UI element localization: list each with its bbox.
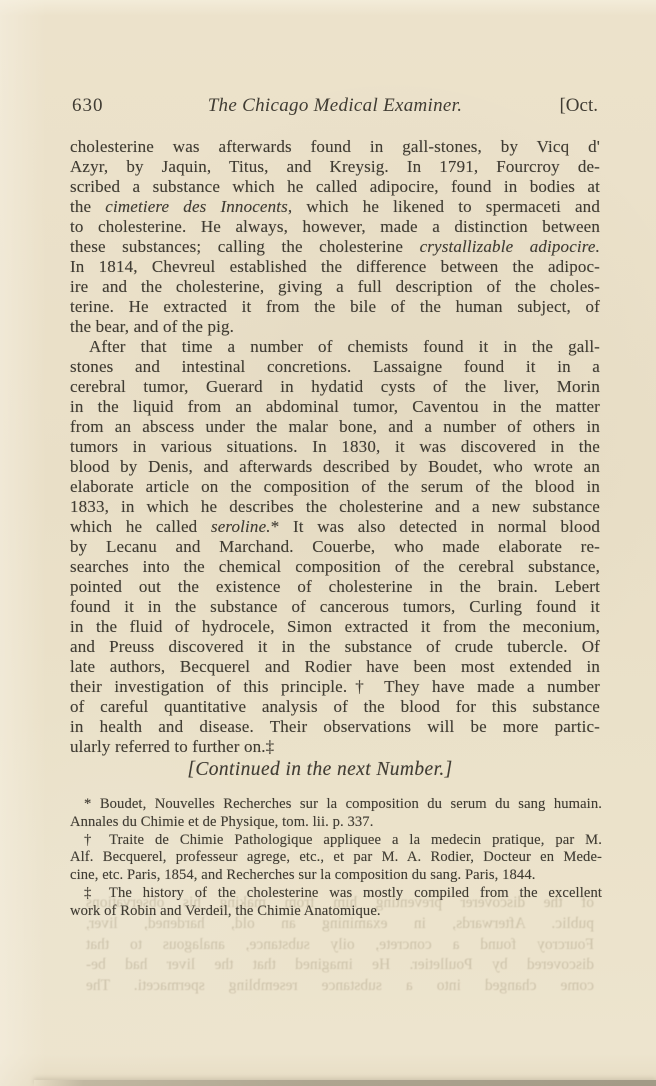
text-line: in the fluid of hydrocele, Simon extract… — [70, 617, 600, 637]
bleedthrough-text: of the discoverer preventing him from ma… — [86, 893, 594, 997]
text-line: Azyr, by Jaquin, Titus, and Kreysig. In … — [70, 157, 600, 177]
text-line: scribed a substance which he called adip… — [70, 177, 600, 197]
text-line: from an abscess under the malar bone, an… — [70, 417, 600, 437]
text-line: cholesterine was afterwards found in gal… — [70, 137, 600, 157]
text-line: terine. He extracted it from the bile of… — [70, 297, 600, 317]
text-line: In 1814, Chevreul established the differ… — [70, 257, 600, 277]
bleedthrough-line: come changed into a substance resembling… — [86, 976, 594, 997]
bleedthrough-line: discovered by Poulletier. He imagined th… — [86, 955, 594, 976]
text-line: late authors, Becquerel and Rodier have … — [70, 657, 600, 677]
text-line: * Boudet, Nouvelles Recherches sur la co… — [70, 796, 602, 814]
text-line: and Preuss discovered it in the substanc… — [70, 637, 600, 657]
text-line: elaborate article on the composition of … — [70, 477, 600, 497]
text-line: in health and disease. Their observation… — [70, 717, 600, 737]
text-line: of careful quantitative analysis of the … — [70, 697, 600, 717]
text-line: to cholesterine. He always, however, mad… — [70, 217, 600, 237]
text-line: tumors in various situations. In 1830, i… — [70, 437, 600, 457]
text-line: Annales du Chimie et de Physique, tom. l… — [70, 814, 602, 832]
text-line: in the liquid from an abdominal tumor, C… — [70, 397, 600, 417]
text-line: 1833, in which he describes the choleste… — [70, 497, 600, 517]
text-line: by Lecanu and Marchand. Couerbe, who mad… — [70, 537, 600, 557]
text-line: ire and the cholesterine, giving a full … — [70, 277, 600, 297]
page-bottom-edge — [34, 1080, 656, 1086]
text-line: cine, etc. Paris, 1854, and Recherches s… — [70, 867, 602, 885]
page-header: 630 The Chicago Medical Examiner. [Oct. — [70, 94, 600, 118]
article-body: cholesterine was afterwards found in gal… — [70, 137, 600, 757]
text-line: the bear, and of the pig. — [70, 317, 600, 337]
bleedthrough-line: Fourcroy found a concrete, oily substanc… — [86, 935, 594, 956]
text-line: Alf. Becquerel, professeur agrege, etc.,… — [70, 849, 602, 867]
journal-title: The Chicago Medical Examiner. — [70, 94, 600, 118]
text-line: blood by Denis, and afterwards described… — [70, 457, 600, 477]
text-line: pointed out the existence of cholesterin… — [70, 577, 600, 597]
text-line: searches into the chemical composition o… — [70, 557, 600, 577]
text-line: cerebral tumor, Guerard in hydatid cysts… — [70, 377, 600, 397]
continuation-notice: [Continued in the next Number.] — [70, 759, 570, 781]
text-line: found it in the substance of cancerous t… — [70, 597, 600, 617]
issue-month: [Oct. — [559, 94, 598, 118]
text-line: ularly referred to further on.‡ — [70, 737, 600, 757]
bleedthrough-line: of the discoverer preventing him from ma… — [86, 893, 594, 914]
text-line: the cimetiere des Innocents, which he li… — [70, 197, 600, 217]
text-line: † Traite de Chimie Pathologique applique… — [70, 832, 602, 850]
scanned-journal-page: 630 The Chicago Medical Examiner. [Oct. … — [0, 0, 656, 1086]
bleedthrough-line: public. Afterwards, in examining an old,… — [86, 914, 594, 935]
text-line: After that time a number of chemists fou… — [70, 337, 600, 357]
text-line: these substances; calling the cholesteri… — [70, 237, 600, 257]
text-line: their investigation of this principle.† … — [70, 677, 600, 697]
text-line: stones and intestinal concretions. Lassa… — [70, 357, 600, 377]
text-line: which he called seroline.* It was also d… — [70, 517, 600, 537]
